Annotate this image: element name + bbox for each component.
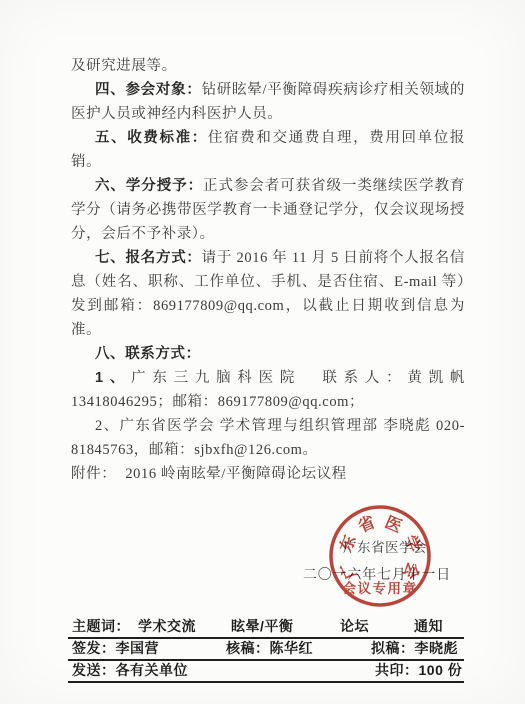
section-fees: 五、收费标准：住宿费和交通费自理，费用回单位报销。 — [71, 126, 465, 174]
seal-arc-char: 省 — [355, 512, 378, 536]
keyword-3: 论坛 — [340, 617, 369, 636]
contact-item-1-number: 1、 — [95, 370, 131, 386]
reviewer-cell: 核稿：陈华红 — [226, 639, 313, 658]
reviewer-label: 核稿： — [226, 640, 270, 656]
copies-label: 共印： — [375, 662, 419, 678]
contact-item-1: 1、广东三九脑科医院 联系人：黄凯帆 13418046295；邮箱：869177… — [71, 366, 465, 414]
seal-bottom-text: 会议专用章 — [343, 580, 418, 596]
section-credits: 六、学分授予：正式参会者可获省级一类继续医学教育学分（请务必携带医学教育一卡通登… — [71, 174, 465, 246]
seal-arc-char: 医 — [382, 512, 405, 536]
drafter-name: 李晓彪 — [415, 640, 459, 656]
send-cell: 发送：各有关单位 — [72, 661, 188, 680]
seal-arc-char: 学 — [400, 532, 425, 555]
document-body: 及研究进展等。 四、参会对象：钻研眩晕/平衡障碍疾病诊疗相关领域的医护人员或神经… — [71, 54, 465, 486]
copies-cell: 共印：100 份 — [375, 661, 462, 680]
contact-item-2-number: 2、 — [95, 418, 120, 434]
section-attendees-label: 四、参会对象： — [95, 82, 202, 98]
contact-item-1-text: 广东三九脑科医院 联系人：黄凯帆 13418046295；邮箱：86917780… — [71, 370, 465, 410]
paragraph-continuation: 及研究进展等。 — [71, 54, 465, 78]
send-value: 各有关单位 — [116, 662, 189, 678]
document-page: 及研究进展等。 四、参会对象：钻研眩晕/平衡障碍疾病诊疗相关领域的医护人员或神经… — [0, 0, 525, 704]
issuer-label: 签发： — [72, 640, 116, 656]
section-registration-label: 七、报名方式： — [95, 250, 202, 266]
section-contact-label: 八、联系方式： — [95, 346, 201, 362]
seal-arc-char: 东 — [335, 532, 360, 555]
attachment-label: 附件： — [71, 466, 116, 482]
reviewer-name: 陈华红 — [270, 640, 314, 656]
contact-item-2-text: 广东省医学会 学术管理与组织管理部 李晓彪 020-81845763，邮箱：sj… — [71, 418, 465, 458]
drafter-cell: 拟稿：李晓彪 — [371, 639, 458, 658]
keywords-label: 主题词： — [72, 617, 130, 636]
section-credits-label: 六、学分授予： — [95, 178, 203, 194]
seal-arc-text: 广东省医学会 — [335, 512, 425, 583]
issuer-name: 李国营 — [116, 640, 160, 656]
footer-row-signers: 签发：李国营 核稿：陈华红 拟稿：李晓彪 — [68, 639, 464, 661]
issuer-cell: 签发：李国营 — [72, 639, 159, 658]
section-contact: 八、联系方式： — [71, 342, 465, 366]
section-registration: 七、报名方式：请于 2016 年 11 月 5 日前将个人报名信息（姓名、职称、… — [71, 246, 465, 342]
official-seal: 广东省医学会 会议专用章 — [320, 496, 440, 616]
copies-value: 100 份 — [419, 662, 463, 678]
drafter-label: 拟稿： — [371, 640, 415, 656]
footer-table: 主题词： 学术交流 眩晕/平衡 论坛 通知 签发：李国营 核稿：陈华红 拟稿：李… — [68, 617, 464, 683]
footer-row-keywords: 主题词： 学术交流 眩晕/平衡 论坛 通知 — [68, 617, 464, 639]
keyword-4: 通知 — [414, 617, 443, 636]
footer-row-distribution: 发送：各有关单位 共印：100 份 — [68, 661, 464, 683]
send-label: 发送： — [72, 662, 116, 678]
attachment-text: 2016 岭南眩晕/平衡障碍论坛议程 — [125, 466, 346, 482]
section-fees-label: 五、收费标准： — [95, 130, 208, 146]
contact-item-2: 2、广东省医学会 学术管理与组织管理部 李晓彪 020-81845763，邮箱：… — [71, 414, 465, 462]
attachment-line: 附件：2016 岭南眩晕/平衡障碍论坛议程 — [71, 462, 465, 486]
seal-arc-char: 广 — [336, 559, 361, 583]
keyword-2: 眩晕/平衡 — [231, 617, 293, 636]
seal-arc-char: 会 — [399, 559, 424, 583]
section-attendees: 四、参会对象：钻研眩晕/平衡障碍疾病诊疗相关领域的医护人员或神经内科医护人员。 — [71, 78, 465, 126]
keyword-1: 学术交流 — [138, 617, 196, 636]
